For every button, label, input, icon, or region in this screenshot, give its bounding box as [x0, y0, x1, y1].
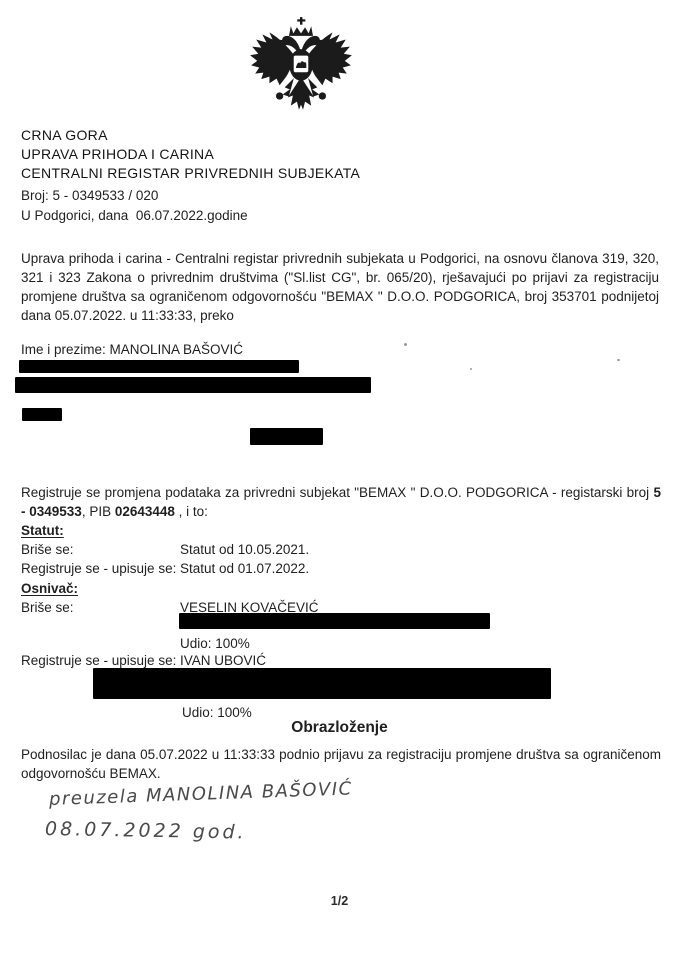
scanned-document-page: { "header": { "coat_of_arms": "montenegr… — [0, 0, 679, 960]
registry-name: CENTRALNI REGISTAR PRIVREDNIH SUBJEKATA — [21, 164, 360, 183]
institution-header: CRNA GORA UPRAVA PRIHODA I CARINA CENTRA… — [21, 126, 360, 183]
redaction-bar — [19, 360, 299, 373]
place-and-date: U Podgorici, dana 06.07.2022.godine — [21, 206, 248, 226]
redaction-bar — [250, 428, 323, 445]
handwritten-note-line2: 08.07.2022 god. — [45, 818, 247, 844]
registration-text: Registruje se promjena podataka za privr… — [21, 485, 653, 500]
submitter-name-line: Ime i prezime: MANOLINA BAŠOVIĆ — [21, 340, 243, 359]
registration-text: , i to: — [175, 504, 208, 519]
row-label: Registruje se - upisuje se: — [21, 559, 176, 578]
pib-number: 02643448 — [115, 504, 175, 519]
scan-speck — [617, 359, 620, 361]
row-value: Statut od 01.07.2022. — [180, 559, 309, 578]
redaction-bar — [22, 408, 62, 421]
agency-name: UPRAVA PRIHODA I CARINA — [21, 145, 360, 164]
row-label: Briše se: — [21, 598, 74, 617]
row-value: Statut od 10.05.2021. — [180, 540, 309, 559]
statut-heading: Statut: — [21, 521, 64, 540]
handwritten-note-line1: preuzela MANOLINA BAŠOVIĆ — [49, 778, 353, 810]
scan-speck — [404, 343, 407, 346]
redaction-bar — [93, 668, 551, 699]
redaction-bar — [179, 613, 490, 629]
row-label: Briše se: — [21, 540, 74, 559]
osnivac-heading: Osnivač: — [21, 579, 78, 598]
reference-number: Broj: 5 - 0349533 / 020 — [21, 186, 248, 206]
intro-paragraph: Uprava prihoda i carina - Centralni regi… — [21, 249, 659, 325]
reference-block: Broj: 5 - 0349533 / 020 U Podgorici, dan… — [21, 186, 248, 226]
country-name: CRNA GORA — [21, 126, 360, 145]
registration-text: , PIB — [82, 504, 115, 519]
scan-speck — [470, 368, 472, 370]
obrazlozenje-heading: Obrazloženje — [0, 719, 679, 737]
obrazlozenje-body: Podnosilac je dana 05.07.2022 u 11:33:33… — [21, 745, 661, 783]
registration-paragraph: Registruje se promjena podataka za privr… — [21, 483, 661, 521]
page-number: 1/2 — [0, 894, 679, 908]
redaction-bar — [15, 377, 371, 393]
coat-of-arms-icon — [245, 13, 357, 125]
